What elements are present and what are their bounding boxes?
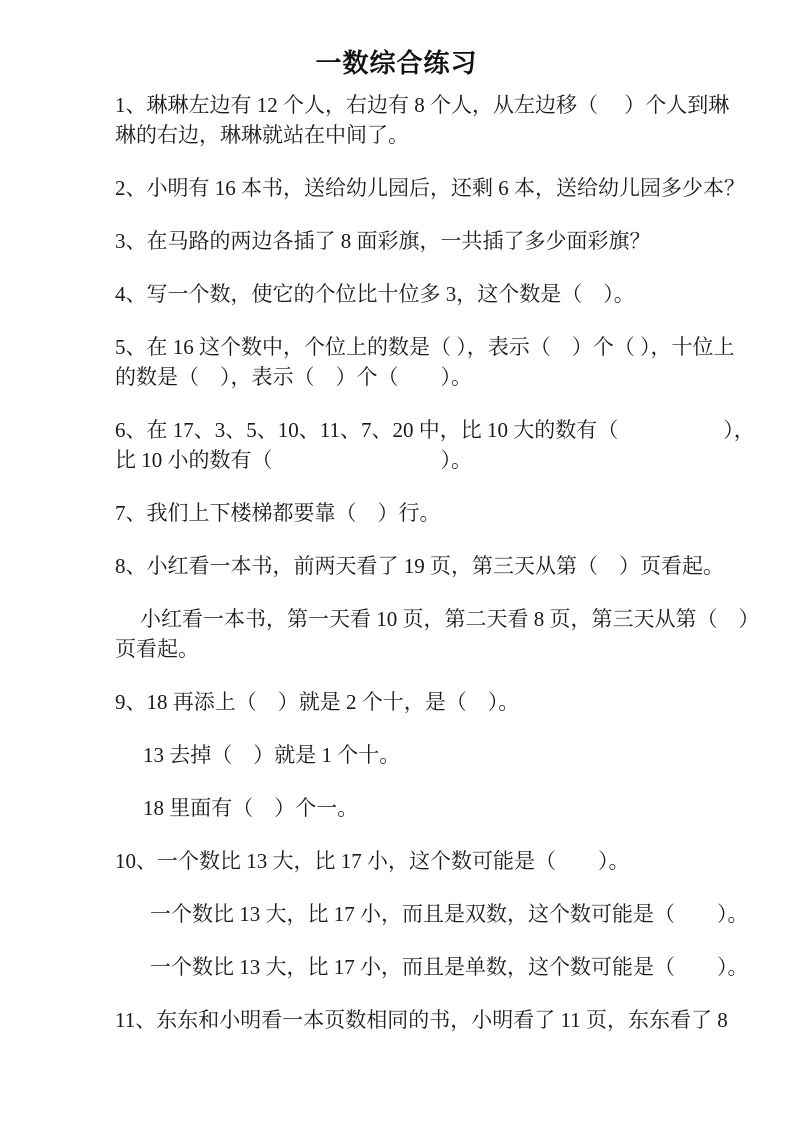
- problem-9-sub-1-line-1: 13 去掉（ ）就是 1 个十。: [115, 740, 697, 770]
- problem-10-sub-2-line-1: 一个数比 13 大，比 17 小，而且是单数，这个数可能是（ ）。: [115, 952, 697, 982]
- problem-7-line-1: 7、我们上下楼梯都要靠（ ）行。: [115, 498, 697, 528]
- problem-3: 3、在马路的两边各插了 8 面彩旗，一共插了多少面彩旗？: [115, 226, 697, 256]
- problem-10-sub-2: 一个数比 13 大，比 17 小，而且是单数，这个数可能是（ ）。: [115, 952, 697, 982]
- problem-1-line-2: 琳的右边，琳琳就站在中间了。: [115, 120, 697, 150]
- problem-10-sub-1: 一个数比 13 大，比 17 小，而且是双数，这个数可能是（ ）。: [115, 899, 697, 929]
- problem-11: 11、东东和小明看一本页数相同的书，小明看了 11 页，东东看了 8: [115, 1005, 697, 1035]
- problem-2: 2、小明有 16 本书，送给幼儿园后，还剩 6 本，送给幼儿园多少本？: [115, 173, 697, 203]
- problem-8-sub: 小红看一本书，第一天看 10 页，第二天看 8 页，第三天从第（ ） 页看起。: [115, 604, 697, 664]
- problem-4: 4、写一个数，使它的个位比十位多 3，这个数是（ ）。: [115, 279, 697, 309]
- problem-6-line-2: 比 10 小的数有（ ）。: [115, 445, 697, 475]
- problem-9-sub-1: 13 去掉（ ）就是 1 个十。: [115, 740, 697, 770]
- problem-3-line-1: 3、在马路的两边各插了 8 面彩旗，一共插了多少面彩旗？: [115, 226, 697, 256]
- problem-10: 10、一个数比 13 大，比 17 小，这个数可能是（ ）。: [115, 846, 697, 876]
- problem-11-line-1: 11、东东和小明看一本页数相同的书，小明看了 11 页，东东看了 8: [115, 1005, 697, 1035]
- problem-10-sub-1-line-1: 一个数比 13 大，比 17 小，而且是双数，这个数可能是（ ）。: [115, 899, 697, 929]
- page-title: 一数综合练习: [0, 46, 793, 80]
- problem-2-line-1: 2、小明有 16 本书，送给幼儿园后，还剩 6 本，送给幼儿园多少本？: [115, 173, 697, 203]
- problem-8-line-1: 8、小红看一本书，前两天看了 19 页，第三天从第（ ）页看起。: [115, 551, 697, 581]
- problem-9-sub-2: 18 里面有（ ）个一。: [115, 793, 697, 823]
- problem-9: 9、18 再添上（ ）就是 2 个十，是（ ）。: [115, 687, 697, 717]
- problem-8: 8、小红看一本书，前两天看了 19 页，第三天从第（ ）页看起。: [115, 551, 697, 581]
- problem-7: 7、我们上下楼梯都要靠（ ）行。: [115, 498, 697, 528]
- problem-5: 5、在 16 这个数中，个位上的数是（ ），表示（ ）个（ ），十位上 的数是（…: [115, 332, 697, 392]
- problem-6: 6、在 17、3、5、10、11、7、20 中，比 10 大的数有（ ）， 比 …: [115, 415, 697, 475]
- problem-5-line-2: 的数是（ ），表示（ ）个（ ）。: [115, 362, 697, 392]
- problem-8-sub-line-2: 页看起。: [115, 634, 697, 664]
- problem-8-sub-line-1: 小红看一本书，第一天看 10 页，第二天看 8 页，第三天从第（ ）: [115, 604, 697, 634]
- problem-1: 1、琳琳左边有 12 个人，右边有 8 个人，从左边移（ ）个人到琳 琳的右边，…: [115, 90, 697, 150]
- problem-10-line-1: 10、一个数比 13 大，比 17 小，这个数可能是（ ）。: [115, 846, 697, 876]
- problem-4-line-1: 4、写一个数，使它的个位比十位多 3，这个数是（ ）。: [115, 279, 697, 309]
- problem-9-line-1: 9、18 再添上（ ）就是 2 个十，是（ ）。: [115, 687, 697, 717]
- problem-5-line-1: 5、在 16 这个数中，个位上的数是（ ），表示（ ）个（ ），十位上: [115, 332, 697, 362]
- problem-6-line-1: 6、在 17、3、5、10、11、7、20 中，比 10 大的数有（ ），: [115, 415, 697, 445]
- problem-9-sub-2-line-1: 18 里面有（ ）个一。: [115, 793, 697, 823]
- worksheet-page: 一数综合练习 1、琳琳左边有 12 个人，右边有 8 个人，从左边移（ ）个人到…: [0, 0, 793, 1122]
- problem-1-line-1: 1、琳琳左边有 12 个人，右边有 8 个人，从左边移（ ）个人到琳: [115, 90, 697, 120]
